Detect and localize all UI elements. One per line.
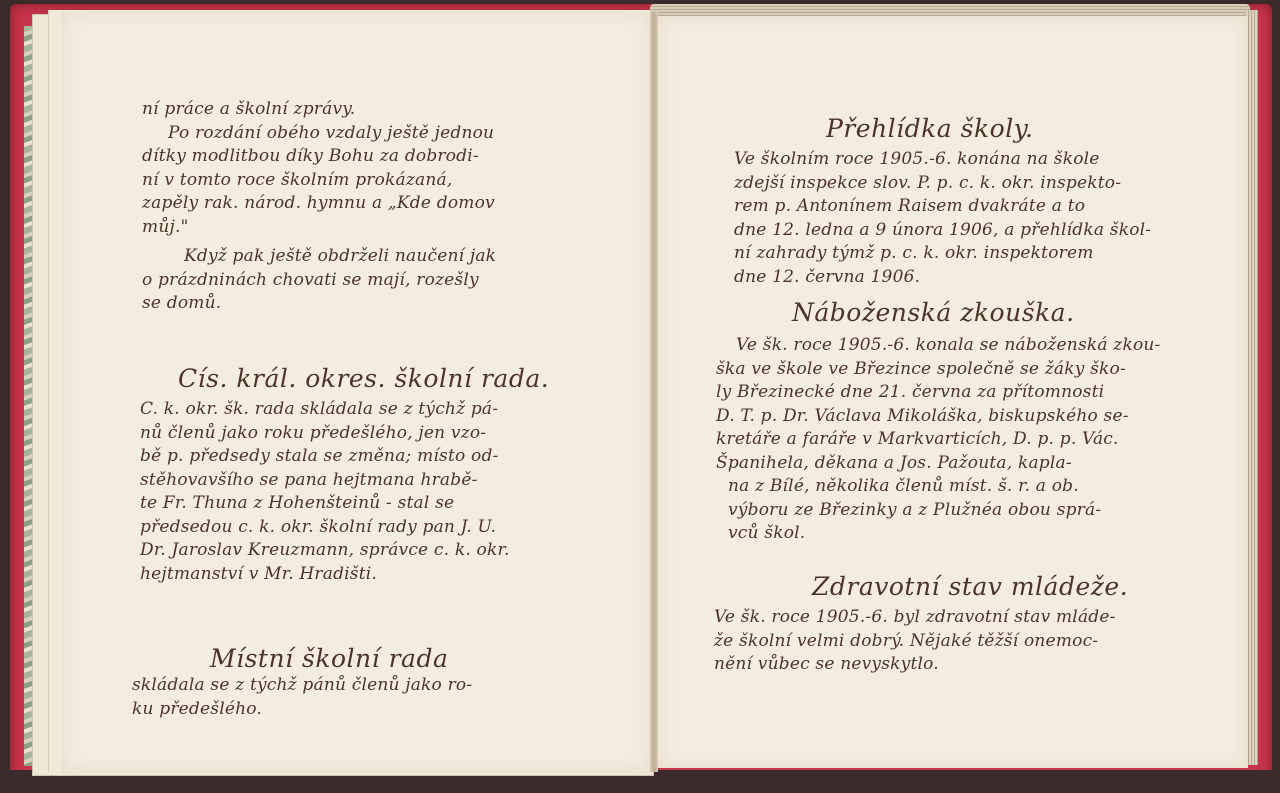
text-line: ška ve škole ve Březince společně se žák… <box>716 358 1161 382</box>
text-line: ní zahrady týmž p. c. k. okr. inspektore… <box>734 242 1151 266</box>
text-line: Ve školním roce 1905.-6. konána na škole <box>734 148 1151 172</box>
heading-school-inspection: Přehlídka školy. <box>826 114 1033 143</box>
text-line: Ve šk. roce 1905.-6. konala se nábožensk… <box>716 334 1161 358</box>
text-line: ní v tomto roce školním prokázaná, <box>142 169 496 193</box>
religious-exam-paragraph: Ve šk. roce 1905.-6. konala se nábožensk… <box>716 334 1161 546</box>
text-line: skládala se z týchž pánů členů jako ro- <box>132 674 472 698</box>
text-line: můj." <box>142 216 496 240</box>
text-line: že školní velmi dobrý. Nějaké těžší onem… <box>714 630 1116 654</box>
text-line: bě p. předsedy stala se změna; místo od- <box>140 445 510 469</box>
text-line: nů členů jako roku předešlého, jen vzo- <box>140 422 510 446</box>
text-line: Španihela, děkana a Jos. Pažouta, kapla- <box>716 452 1161 476</box>
text-line: zapěly rak. národ. hymnu a „Kde domov <box>142 192 496 216</box>
text-line: výboru ze Březinky a z Plužnéa obou sprá… <box>716 499 1161 523</box>
text-line: C. k. okr. šk. rada skládala se z týchž … <box>140 398 510 422</box>
text-line: předsedou c. k. okr. školní rady pan J. … <box>140 516 510 540</box>
health-paragraph: Ve šk. roce 1905.-6. byl zdravotní stav … <box>714 606 1116 677</box>
local-council-paragraph: skládala se z týchž pánů členů jako ro- … <box>132 674 472 721</box>
text-line: dne 12. ledna a 9 února 1906, a přehlídk… <box>734 219 1151 243</box>
text-line: na z Bílé, několika členů míst. š. r. a … <box>716 475 1161 499</box>
heading-religious-exam: Náboženská zkouška. <box>792 298 1075 327</box>
heading-youth-health: Zdravotní stav mládeže. <box>812 572 1128 601</box>
text-line: vců škol. <box>716 522 1161 546</box>
text-line: rem p. Antonínem Raisem dvakráte a to <box>734 195 1151 219</box>
text-line: D. T. p. Dr. Václava Mikoláška, biskupsk… <box>716 405 1161 429</box>
inspection-paragraph: Ve školním roce 1905.-6. konána na škole… <box>734 148 1151 289</box>
text-line: dítky modlitbou díky Bohu za dobrodi- <box>142 145 496 169</box>
text-line: stěhovavšího se pana hejtmana hrabě- <box>140 469 510 493</box>
district-council-paragraph: C. k. okr. šk. rada skládala se z týchž … <box>140 398 510 586</box>
text-line: ní práce a školní zprávy. <box>142 98 496 122</box>
text-line: kretáře a faráře v Markvarticích, D. p. … <box>716 428 1161 452</box>
text-line: se domů. <box>142 292 496 316</box>
text-line: o prázdninách chovati se mají, rozešly <box>142 269 496 293</box>
text-line: dne 12. června 1906. <box>734 266 1151 290</box>
text-line: Když pak ještě obdrželi naučení jak <box>142 245 496 269</box>
heading-local-school-council: Místní školní rada <box>210 644 448 673</box>
text-line: te Fr. Thuna z Hohenšteinů - stal se <box>140 492 510 516</box>
text-line: ly Březinecké dne 21. června za přítomno… <box>716 381 1161 405</box>
text-line: Ve šk. roce 1905.-6. byl zdravotní stav … <box>714 606 1116 630</box>
text-line: nění vůbec se nevyskytlo. <box>714 653 1116 677</box>
left-page: ní práce a školní zprávy. Po rozdání obé… <box>62 12 650 772</box>
heading-district-school-council: Cís. král. okres. školní rada. <box>178 364 549 393</box>
closing-paragraph: ní práce a školní zprávy. Po rozdání obé… <box>142 98 496 316</box>
text-line: hejtmanství v Mr. Hradišti. <box>140 563 510 587</box>
text-line: Dr. Jaroslav Kreuzmann, správce c. k. ok… <box>140 539 510 563</box>
text-line: ku předešlého. <box>132 698 472 722</box>
book-gutter <box>650 12 658 772</box>
text-line: zdejší inspekce slov. P. p. c. k. okr. i… <box>734 172 1151 196</box>
text-line: Po rozdání obého vzdaly ještě jednou <box>142 122 496 146</box>
right-page: Přehlídka školy. Ve školním roce 1905.-6… <box>658 16 1248 768</box>
